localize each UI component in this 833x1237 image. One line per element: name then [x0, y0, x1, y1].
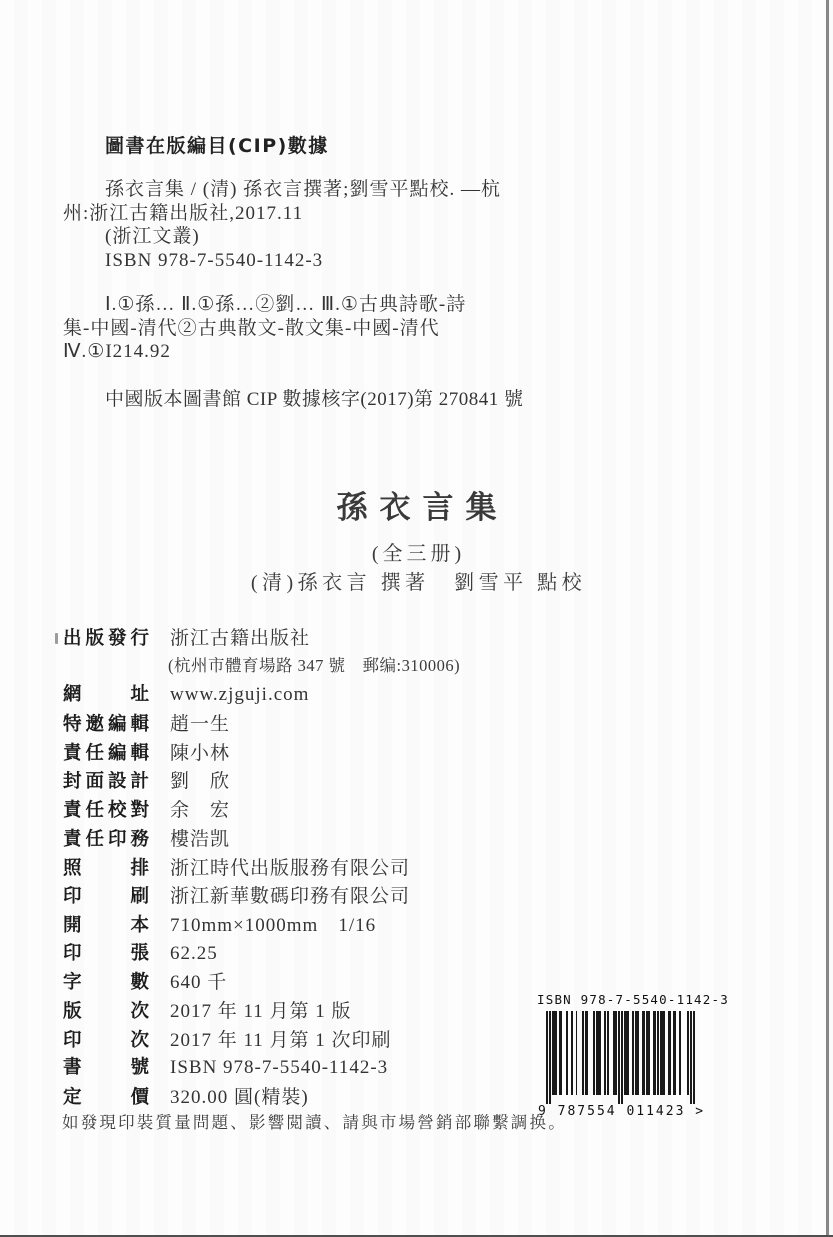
colophon-label: 書號 — [63, 1053, 149, 1079]
colophon-row: 印次2017 年 11 月第 1 次印刷 — [63, 1025, 543, 1054]
barcode-bar — [559, 1011, 562, 1095]
colophon-value: 2017 年 11 月第 1 次印刷 — [170, 1025, 392, 1052]
colophon-row: 責任印務樓浩凯 — [63, 824, 543, 853]
colophon-value: 640 千 — [170, 967, 227, 994]
cip-class-line: Ⅰ.①孫… Ⅱ.①孫…②劉… Ⅲ.①古典詩歌-詩 — [63, 293, 663, 317]
barcode-bar — [618, 1011, 620, 1104]
colophon-label: 開本 — [63, 911, 149, 937]
colophon-row: 出版發行浙江古籍出版社 — [63, 623, 543, 652]
barcode-bar — [690, 1011, 692, 1104]
cip-catalog-number: 中國版本圖書館 CIP 數據核字(2017)第 270841 號 — [105, 384, 524, 411]
colophon-value: 劉 欣 — [170, 766, 230, 793]
barcode-bar — [607, 1011, 609, 1095]
colophon-value: 浙江古籍出版社 — [170, 623, 310, 650]
cip-class-line: 集-中國-清代②古典散文-散文集-中國-清代 — [63, 317, 663, 341]
page-right-edge-shadow — [826, 0, 829, 1237]
barcode-bar — [624, 1011, 629, 1095]
colophon-label: 網址 — [63, 680, 149, 706]
barcode-bar — [646, 1011, 649, 1095]
colophon-value: ISBN 978-7-5540-1142-3 — [170, 1057, 388, 1079]
barcode-block: ISBN 978-7-5540-1142-3 9 787554 011423 > — [537, 992, 717, 1119]
book-authors: (清)孫衣言 撰著 劉雪平 點校 — [0, 566, 833, 595]
colophon-value: 710mm×1000mm 1/16 — [170, 910, 376, 937]
barcode-bar — [621, 1011, 623, 1104]
colophon-label: 版次 — [63, 997, 149, 1023]
colophon-label: 印刷 — [63, 882, 149, 908]
barcode-bar — [576, 1011, 578, 1095]
barcode-bar — [657, 1011, 659, 1095]
colophon-row: (杭州市體育場路 347 號 郵编:310006) — [63, 652, 543, 681]
barcode-bar — [552, 1011, 557, 1095]
colophon-value: 浙江時代出版服務有限公司 — [170, 853, 410, 880]
barcode-isbn-text: ISBN 978-7-5540-1142-3 — [537, 992, 717, 1007]
colophon-row: 責任編輯陳小林 — [63, 738, 543, 767]
colophon-label: 特邀編輯 — [63, 710, 149, 736]
colophon-value: (杭州市體育場路 347 號 郵编:310006) — [168, 652, 460, 676]
barcode-bar — [582, 1011, 584, 1095]
colophon-value: 2017 年 11 月第 1 版 — [170, 996, 352, 1023]
barcode-bar — [687, 1011, 689, 1095]
colophon-row: 書號ISBN 978-7-5540-1142-3 — [63, 1053, 543, 1082]
cip-series-line: (浙江文叢) — [63, 225, 663, 249]
colophon-label: 字數 — [63, 968, 149, 994]
colophon-label: 出版發行 — [63, 624, 149, 650]
barcode-bar — [585, 1011, 588, 1095]
barcode-bar — [632, 1011, 634, 1095]
colophon-row: 特邀編輯趙一生 — [63, 709, 543, 738]
colophon-label: 責任校對 — [63, 796, 149, 822]
colophon-label: 印次 — [63, 1026, 149, 1052]
barcode-bar — [604, 1011, 606, 1095]
barcode-bar — [593, 1011, 595, 1095]
colophon-row: 開本710mm×1000mm 1/16 — [63, 910, 543, 939]
cip-record-line: 孫衣言集 / (清) 孫衣言撰著;劉雪平點校. —杭 — [63, 178, 663, 202]
colophon-label: 照排 — [63, 854, 149, 880]
colophon-row: 版次2017 年 11 月第 1 版 — [63, 996, 543, 1025]
cip-class-line: Ⅳ.①I214.92 — [63, 340, 663, 364]
colophon-label: 責任印務 — [63, 825, 149, 851]
colophon-row: 封面設計劉 欣 — [63, 766, 543, 795]
barcode-bar — [668, 1011, 671, 1095]
colophon-row: 責任校對余 宏 — [63, 795, 543, 824]
colophon-value: 陳小林 — [170, 738, 230, 765]
cip-classification-block: Ⅰ.①孫… Ⅱ.①孫…②劉… Ⅲ.①古典詩歌-詩 集-中國-清代②古典散文-散文… — [63, 293, 663, 364]
colophon-table: 出版發行浙江古籍出版社(杭州市體育場路 347 號 郵编:310006)網址ww… — [63, 623, 543, 1111]
scan-speck — [55, 633, 58, 644]
colophon-row: 照排浙江時代出版服務有限公司 — [63, 853, 543, 882]
colophon-row: 印張62.25 — [63, 939, 543, 968]
barcode-bar — [635, 1011, 638, 1095]
barcode-bar — [546, 1011, 548, 1104]
colophon-row: 印刷浙江新華數碼印務有限公司 — [63, 881, 543, 910]
colophon-label: 責任編輯 — [63, 739, 149, 765]
barcode-bar — [660, 1011, 665, 1095]
barcode-bar — [571, 1011, 573, 1095]
barcode-bar — [673, 1011, 676, 1095]
colophon-label: 定價 — [63, 1083, 149, 1109]
colophon-row: 網址www.zjguji.com — [63, 680, 543, 709]
cip-isbn-line: ISBN 978-7-5540-1142-3 — [63, 249, 663, 273]
barcode-bar — [596, 1011, 601, 1095]
book-title: 孫衣言集 — [0, 482, 833, 527]
cip-header: 圖書在版編目(CIP)數據 — [105, 131, 329, 158]
quality-note: 如發現印裝質量問題、影響閲讀、請與市場營銷部聯繫調换。 — [62, 1109, 567, 1133]
colophon-value: 62.25 — [170, 943, 218, 965]
colophon-row: 字數640 千 — [63, 967, 543, 996]
colophon-row: 定價320.00 圓(精裝) — [63, 1082, 543, 1111]
colophon-value: 浙江新華數碼印務有限公司 — [170, 881, 410, 908]
barcode-bar — [566, 1011, 568, 1095]
barcode-digits: 9 787554 011423 > — [538, 1104, 717, 1119]
barcode-bar — [642, 1011, 645, 1095]
barcode-bar — [653, 1011, 656, 1095]
colophon-value: www.zjguji.com — [170, 684, 309, 706]
colophon-value: 320.00 圓(精裝) — [170, 1082, 309, 1109]
book-volumes: (全三册) — [0, 537, 833, 566]
book-copyright-page: 圖書在版編目(CIP)數據 孫衣言集 / (清) 孫衣言撰著;劉雪平點校. —杭… — [0, 0, 833, 1237]
colophon-value: 趙一生 — [170, 709, 230, 736]
colophon-label: 封面設計 — [63, 767, 149, 793]
barcode-bar — [693, 1011, 695, 1104]
barcode-bar — [679, 1011, 681, 1095]
colophon-value: 樓浩凯 — [170, 824, 230, 851]
barcode-bars — [546, 1011, 695, 1104]
cip-record-line: 州:浙江古籍出版社,2017.11 — [63, 202, 663, 226]
colophon-value: 余 宏 — [170, 795, 230, 822]
barcode-bar — [549, 1011, 551, 1104]
colophon-label: 印張 — [63, 939, 149, 965]
barcode-bar — [613, 1011, 616, 1095]
cip-record-block: 孫衣言集 / (清) 孫衣言撰著;劉雪平點校. —杭 州:浙江古籍出版社,201… — [63, 178, 663, 272]
